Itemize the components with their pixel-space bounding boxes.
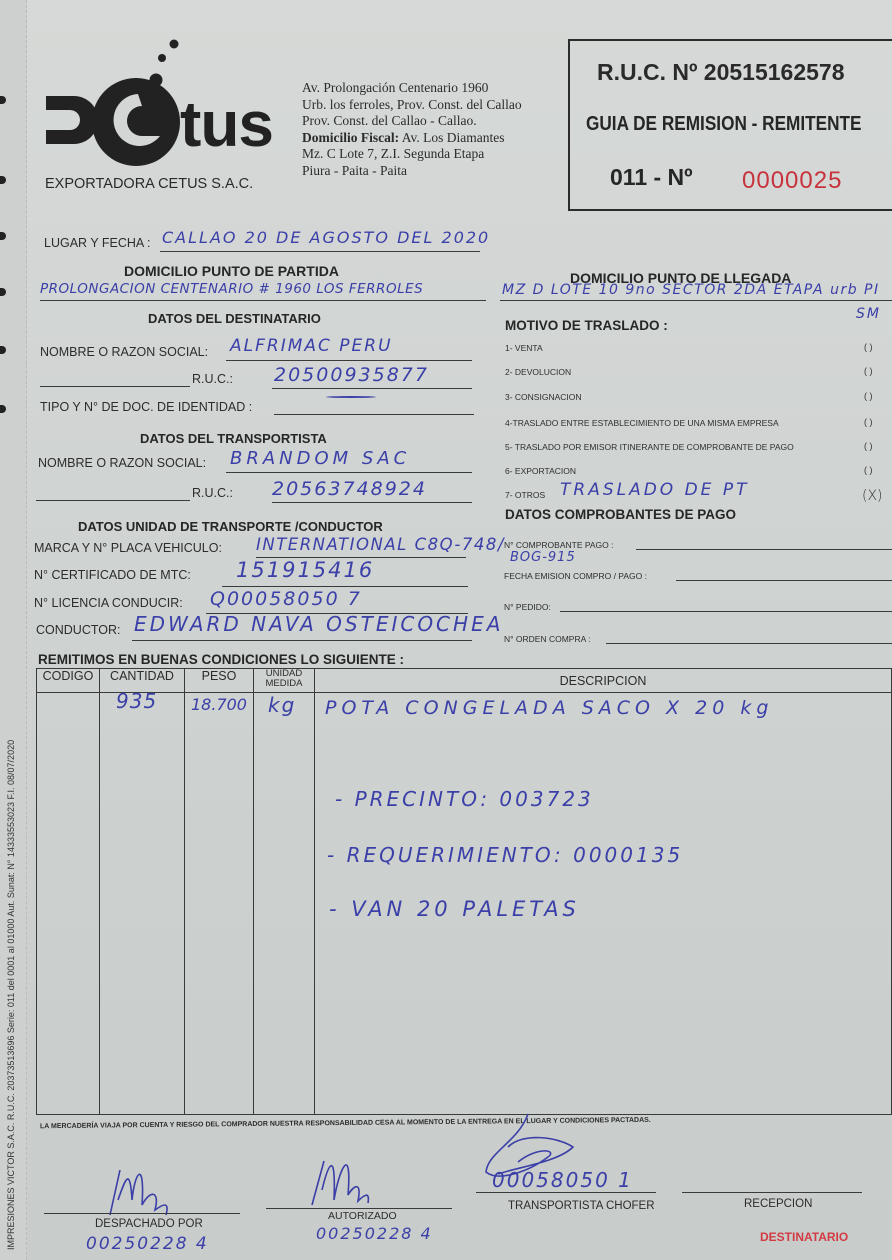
lugar-fecha-value[interactable]: CALLAO 20 DE AGOSTO DEL 2020 — [162, 228, 490, 247]
note-precinto: - PRECINTO: 003723 — [335, 787, 594, 811]
company-name: EXPORTADORA CETUS S.A.C. — [45, 176, 253, 192]
destinatario-ruc[interactable]: 20500935877 — [274, 364, 429, 386]
company-logo: tus — [40, 36, 290, 176]
remission-guide-page: IMPRESIONES VICTOR S.A.C. R.U.C. 2037351… — [0, 0, 892, 1260]
cell-peso[interactable]: 18.700 — [185, 693, 254, 1115]
fecha-emision-label: FECHA EMISION COMPRO / PAGO : — [504, 571, 647, 581]
conductor-label: CONDUCTOR: — [36, 623, 121, 637]
motivo-option-consignacion: 3- CONSIGNACION — [505, 392, 582, 402]
table-row: 935 18.700 kg POTA CONGELADA SACO X 20 k… — [37, 693, 892, 1115]
motivo-option-otros: 7- OTROS — [505, 490, 545, 500]
checkbox-devolucion[interactable]: ( ) — [864, 366, 873, 376]
header-codigo: CODIGO — [37, 669, 100, 693]
svg-text:tus: tus — [180, 88, 273, 160]
checkbox-otros[interactable]: (X) — [862, 488, 883, 504]
items-table: CODIGO CANTIDAD PESO UNIDAD MEDIDA DESCR… — [36, 668, 892, 1115]
document-title: GUIA DE REMISION - REMITENTE — [586, 113, 862, 136]
checkbox-emisor-itinerante[interactable]: ( ) — [864, 441, 873, 451]
signature-scribble-icon — [100, 1160, 180, 1220]
company-address: Av. Prolongación Centenario 1960 Urb. lo… — [302, 80, 522, 179]
marca-value[interactable]: INTERNATIONAL C8Q-748/ — [256, 535, 505, 554]
lugar-fecha-label: LUGAR Y FECHA : — [44, 236, 151, 250]
note-paletas: - VAN 20 PALETAS — [329, 897, 580, 921]
orden-compra-label: N° ORDEN COMPRA : — [504, 634, 591, 644]
comprobantes-title: DATOS COMPROBANTES DE PAGO — [505, 507, 736, 522]
transportista-ruc[interactable]: 20563748924 — [272, 478, 427, 500]
licencia-value[interactable]: Q00058050 7 — [210, 588, 362, 610]
transportista-title: DATOS DEL TRANSPORTISTA — [140, 431, 327, 446]
header-unidad: UNIDAD MEDIDA — [254, 669, 315, 693]
header-peso: PESO — [185, 669, 254, 693]
partida-value[interactable]: PROLONGACION CENTENARIO # 1960 LOS FERRO… — [40, 281, 423, 297]
checkbox-venta[interactable]: ( ) — [864, 342, 873, 352]
placa-secondary[interactable]: BOG-915 — [510, 550, 576, 565]
destinatario-title: DATOS DEL DESTINATARIO — [148, 311, 321, 326]
items-title: REMITIMOS EN BUENAS CONDICIONES LO SIGUI… — [38, 652, 404, 667]
motivo-option-devolucion: 2- DEVOLUCION — [505, 367, 571, 377]
ink-underline — [326, 396, 376, 398]
llegada-value[interactable]: MZ D LOTE 10 9no SECTOR 2DA ETAPA urb PI — [502, 282, 880, 298]
cell-cantidad[interactable]: 935 — [100, 693, 185, 1115]
cell-unidad[interactable]: kg — [254, 693, 315, 1115]
header-descripcion: DESCRIPCION — [315, 669, 892, 693]
checkbox-exportacion[interactable]: ( ) — [864, 465, 873, 475]
motivo-option-exportacion: 6- EXPORTACION — [505, 466, 576, 476]
unidad-title: DATOS UNIDAD DE TRANSPORTE /CONDUCTOR — [78, 519, 383, 534]
motivo-option-venta: 1- VENTA — [505, 343, 543, 353]
document-series: 011 - Nº — [610, 164, 693, 191]
motivo-option-emisor-itinerante: 5- TRASLADO POR EMISOR ITINERANTE DE COM… — [505, 442, 794, 452]
comprobante-pago-label: N° COMPROBANTE PAGO : — [504, 540, 614, 550]
signature-scribble-icon — [300, 1145, 380, 1215]
destinatario-name-label: NOMBRE O RAZON SOCIAL: — [40, 345, 208, 359]
cell-codigo[interactable] — [37, 693, 100, 1115]
otros-value[interactable]: TRASLADO DE PT — [560, 480, 749, 500]
document-number: 0000025 — [742, 167, 842, 195]
printer-note: IMPRESIONES VICTOR S.A.C. R.U.C. 2037351… — [6, 640, 16, 1250]
cetus-logo-icon: tus — [40, 36, 290, 176]
transportista-name[interactable]: BRANDOM SAC — [230, 448, 410, 469]
motivo-option-traslado-empresa: 4-TRASLADO ENTRE ESTABLECIMIENTO DE UNA … — [505, 418, 779, 428]
note-requerimiento: - REQUERIMIENTO: 0000135 — [327, 843, 683, 867]
document-id-box: R.U.C. Nº 20515162578 GUIA DE REMISION -… — [568, 39, 892, 211]
partida-title: DOMICILIO PUNTO DE PARTIDA — [124, 263, 339, 279]
destinatario-name[interactable]: ALFRIMAC PERU — [230, 336, 393, 356]
conductor-value[interactable]: EDWARD NAVA OSTEICOCHEA — [134, 612, 503, 636]
pedido-label: N° PEDIDO: — [504, 602, 551, 612]
cell-descripcion[interactable]: POTA CONGELADA SACO X 20 kg - PRECINTO: … — [315, 693, 892, 1115]
marca-label: MARCA Y N° PLACA VEHICULO: — [34, 541, 222, 555]
llegada-value-cont[interactable]: SM — [856, 306, 881, 322]
destinatario-ruc-label: R.U.C.: — [192, 372, 233, 386]
checkbox-consignacion[interactable]: ( ) — [864, 391, 873, 401]
checkbox-traslado-empresa[interactable]: ( ) — [864, 417, 873, 427]
company-ruc: R.U.C. Nº 20515162578 — [597, 59, 845, 86]
motivo-title: MOTIVO DE TRASLADO : — [505, 318, 668, 333]
mtc-value[interactable]: 151915416 — [236, 558, 374, 582]
mtc-label: N° CERTIFICADO DE MTC: — [34, 568, 191, 582]
copy-label: DESTINATARIO — [760, 1230, 848, 1244]
transportista-name-label: NOMBRE O RAZON SOCIAL: — [38, 456, 206, 470]
licencia-label: N° LICENCIA CONDUCIR: — [34, 596, 183, 610]
transportista-ruc-label: R.U.C.: — [192, 486, 233, 500]
destinatario-doc-label: TIPO Y N° DE DOC. DE IDENTIDAD : — [40, 400, 252, 414]
